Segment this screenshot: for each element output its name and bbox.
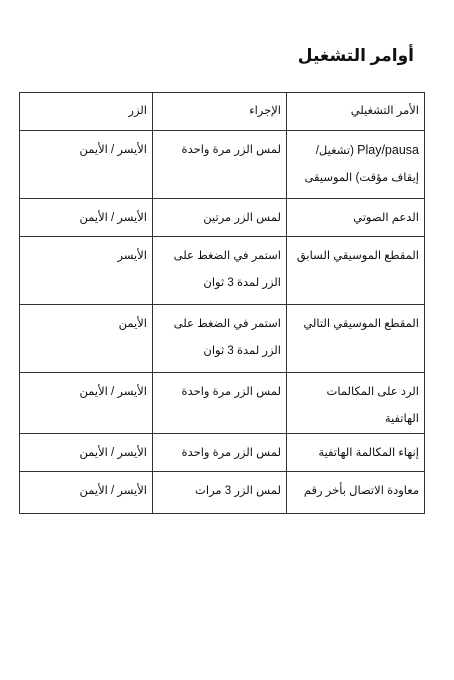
cell-action: لمس الزر مرتين: [153, 199, 287, 237]
header-action: الإجراء: [153, 93, 287, 131]
cell-action: لمس الزر مرة واحدة: [153, 434, 287, 472]
table-row: Play/pausa (تشغيل/إيقاف مؤقت) الموسيقى ل…: [20, 131, 425, 199]
cell-action: استمر في الضغط على الزر لمدة 3 ثوان: [153, 305, 287, 373]
cell-button: الأيسر / الأيمن: [20, 131, 153, 199]
table-row: الرد على المكالمات الهاتفية لمس الزر مرة…: [20, 373, 425, 434]
cell-command: الرد على المكالمات الهاتفية: [287, 373, 425, 434]
command-english: Play/pausa: [357, 143, 419, 157]
table-row: معاودة الاتصال بأخر رقم لمس الزر 3 مرات …: [20, 472, 425, 514]
cell-button: الأيسر / الأيمن: [20, 199, 153, 237]
cell-command: المقطع الموسيقي التالي: [287, 305, 425, 373]
cell-command: Play/pausa (تشغيل/إيقاف مؤقت) الموسيقى: [287, 131, 425, 199]
cell-command: الدعم الصوتي: [287, 199, 425, 237]
cell-button: الأيمن: [20, 305, 153, 373]
cell-command: المقطع الموسيقي السابق: [287, 237, 425, 305]
header-command: الأمر التشغيلي: [287, 93, 425, 131]
table-row: إنهاء المكالمة الهاتفية لمس الزر مرة واح…: [20, 434, 425, 472]
cell-button: الأيسر: [20, 237, 153, 305]
operation-commands-table: الأمر التشغيلي الإجراء الزر Play/pausa (…: [19, 92, 425, 514]
header-button: الزر: [20, 93, 153, 131]
cell-button: الأيسر / الأيمن: [20, 472, 153, 514]
cell-button: الأيسر / الأيمن: [20, 434, 153, 472]
cell-button: الأيسر / الأيمن: [20, 373, 153, 434]
table-row: المقطع الموسيقي السابق استمر في الضغط عل…: [20, 237, 425, 305]
page-title: أوامر التشغيل: [298, 46, 414, 66]
table-row: الدعم الصوتي لمس الزر مرتين الأيسر / الأ…: [20, 199, 425, 237]
cell-command: إنهاء المكالمة الهاتفية: [287, 434, 425, 472]
table-row: المقطع الموسيقي التالي استمر في الضغط عل…: [20, 305, 425, 373]
cell-action: لمس الزر 3 مرات: [153, 472, 287, 514]
table-header-row: الأمر التشغيلي الإجراء الزر: [20, 93, 425, 131]
cell-command: معاودة الاتصال بأخر رقم: [287, 472, 425, 514]
cell-action: لمس الزر مرة واحدة: [153, 131, 287, 199]
cell-action: لمس الزر مرة واحدة: [153, 373, 287, 434]
cell-action: استمر في الضغط على الزر لمدة 3 ثوان: [153, 237, 287, 305]
